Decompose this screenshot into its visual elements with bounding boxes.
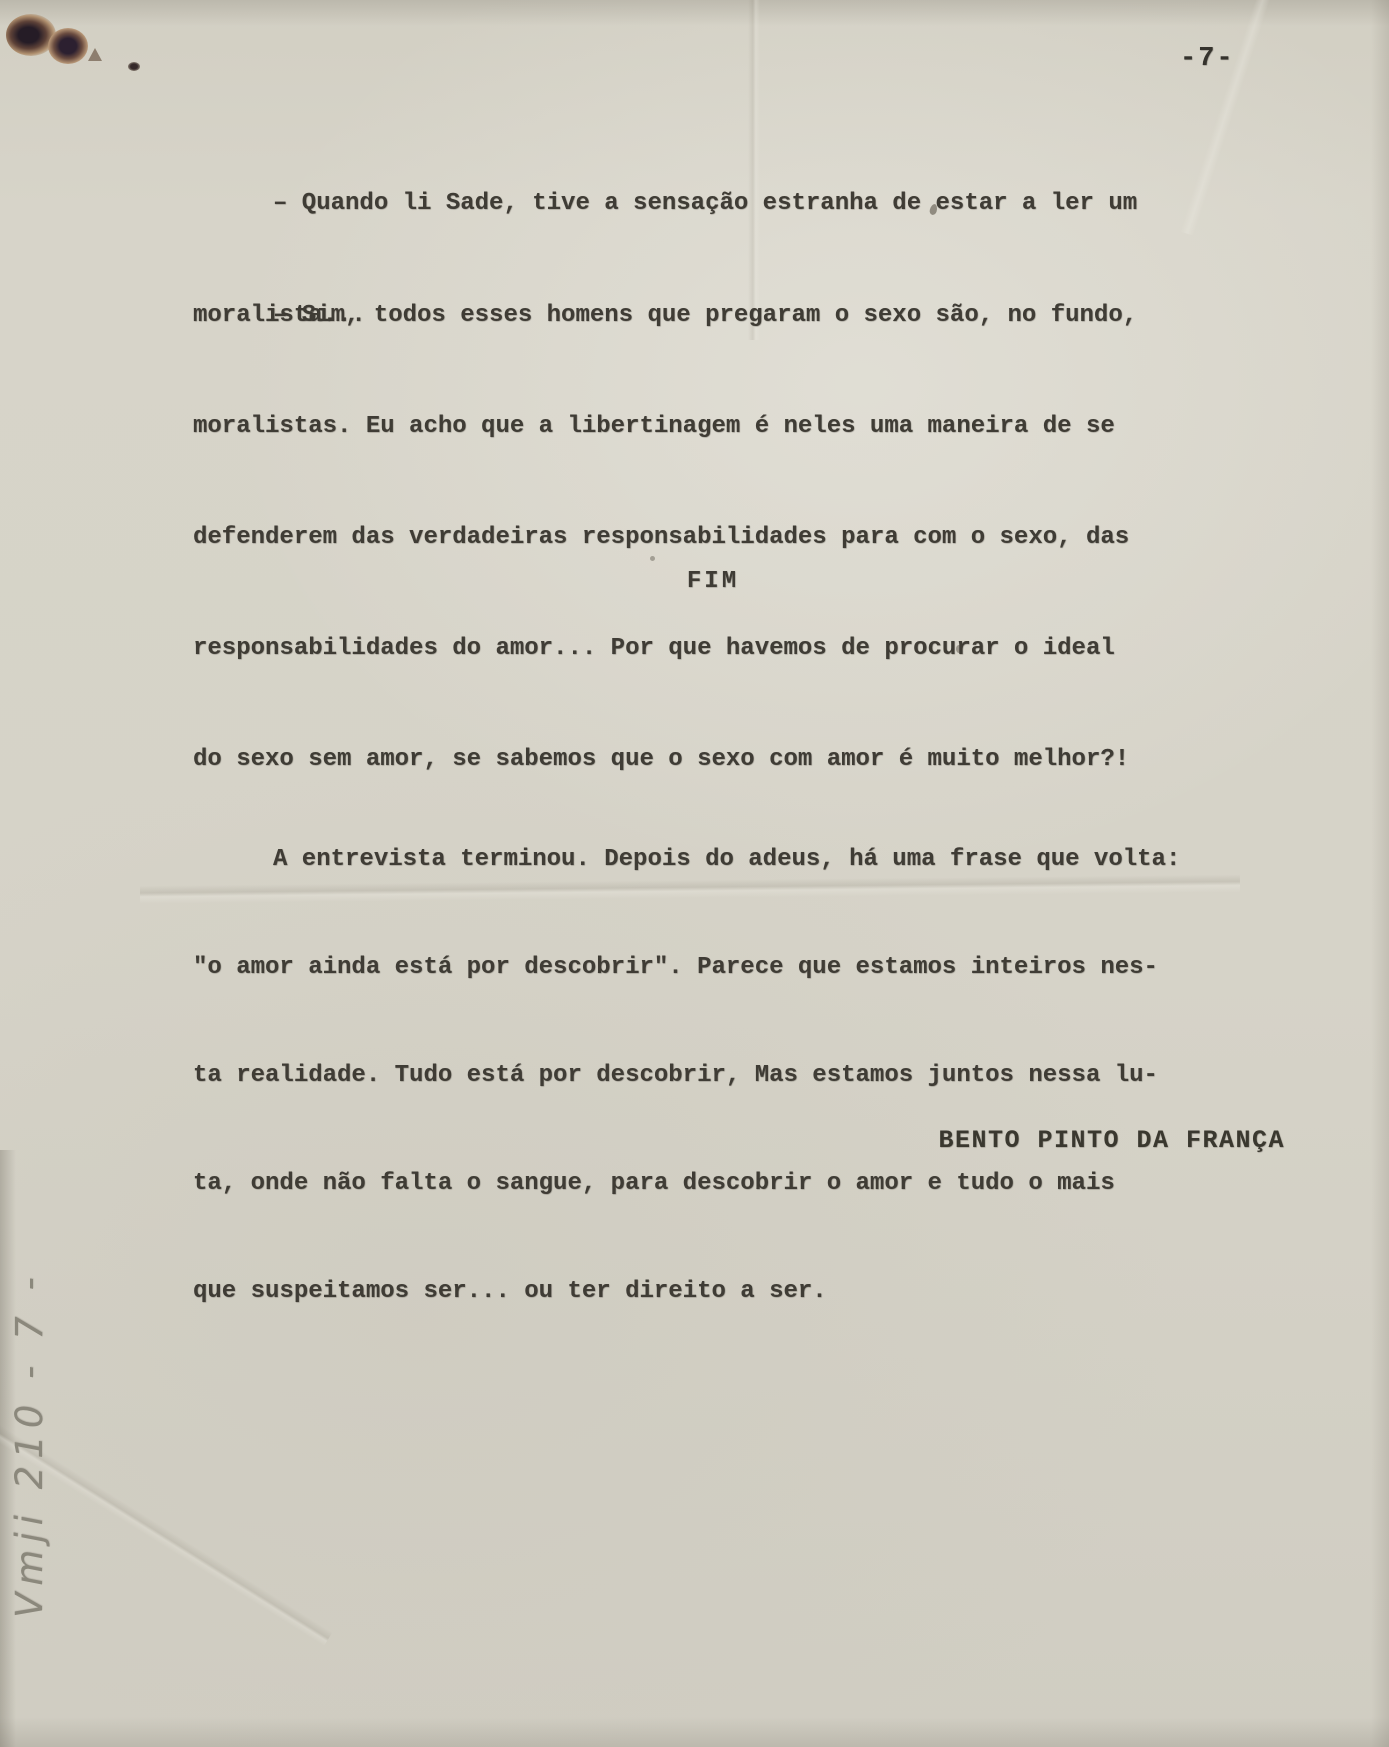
typed-line: – Quando li Sade, tive a sensação estran… — [193, 190, 1233, 248]
paragraph-closing: A entrevista terminou. Depois do adeus, … — [193, 792, 1233, 1359]
ink-stain — [128, 62, 140, 71]
end-marker: FIM — [193, 568, 1233, 595]
typed-line: "o amor ainda está por descobrir". Parec… — [193, 954, 1233, 1008]
paper-edge-shadow-right — [1371, 0, 1389, 1747]
typed-line: A entrevista terminou. Depois do adeus, … — [193, 846, 1233, 900]
handwritten-archive-note: Vmji 210 - 7 - — [8, 1228, 72, 1618]
page-number: -7- — [1180, 44, 1235, 74]
typed-line: – Sim, todos esses homens que pregaram o… — [193, 302, 1233, 359]
typed-line: moralistas. Eu acho que a libertinagem é… — [193, 413, 1233, 470]
author-signature: BENTO PINTO DA FRANÇA — [193, 1126, 1285, 1155]
ink-stain — [48, 28, 88, 64]
paper-edge-shadow-bottom — [0, 1717, 1389, 1747]
typed-line: que suspeitamos ser... ou ter direito a … — [193, 1278, 1233, 1332]
typed-line: ta realidade. Tudo está por descobrir, M… — [193, 1062, 1233, 1116]
paragraph-dialogue-2: – Sim, todos esses homens que pregaram o… — [193, 248, 1233, 830]
typed-line: ta, onde não falta o sangue, para descob… — [193, 1170, 1233, 1224]
typed-line: responsabilidades do amor... Por que hav… — [193, 635, 1233, 692]
paper-edge-shadow-top — [0, 0, 1389, 26]
